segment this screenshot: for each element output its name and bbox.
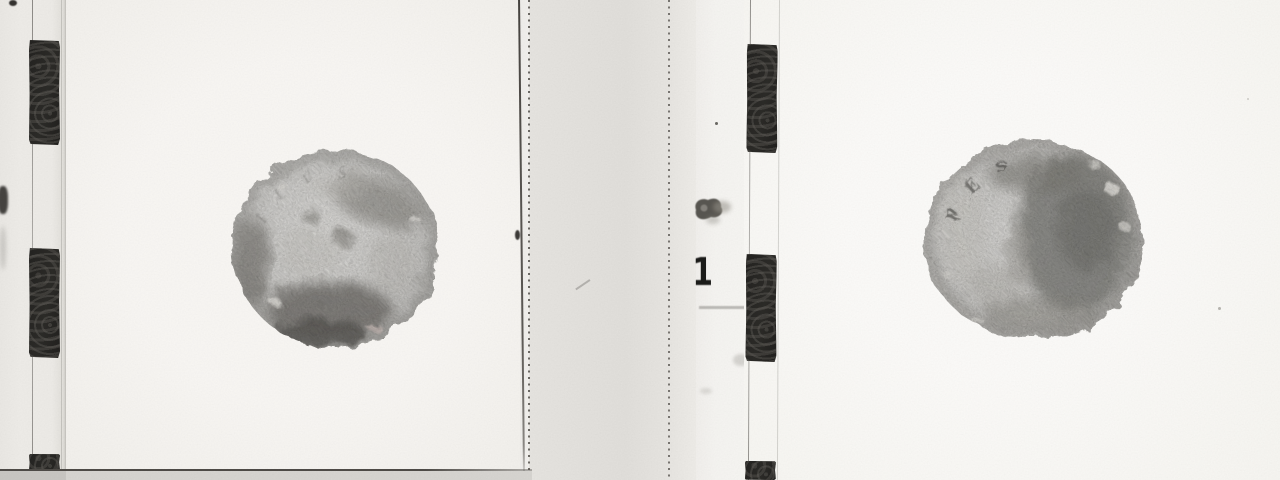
dust-speck xyxy=(1247,98,1249,100)
table-shadow-band xyxy=(0,471,532,480)
spine-fold-kink xyxy=(515,230,520,240)
left-photo-panel xyxy=(66,0,520,480)
pen-stroke xyxy=(699,306,747,309)
dust-speck xyxy=(715,122,718,125)
photo-plate: IIVS 1 xyxy=(0,0,1280,480)
scale-block xyxy=(746,44,777,153)
table-shadow-band-dark xyxy=(0,471,66,480)
scale-block xyxy=(745,254,776,362)
scale-block xyxy=(745,461,776,480)
smudge-mark xyxy=(689,194,733,232)
edge-smudge xyxy=(9,0,17,6)
spine-right-margin xyxy=(696,0,744,480)
scale-block xyxy=(29,40,60,145)
dust-speck xyxy=(1218,307,1221,310)
scale-bar-left xyxy=(26,0,64,480)
faint-smudge xyxy=(700,388,712,394)
perforation-line-left xyxy=(528,0,530,480)
edge-smudge xyxy=(0,226,6,270)
plate-number-label: 1 xyxy=(692,252,709,294)
perforation-line-right xyxy=(668,0,670,480)
scale-block xyxy=(29,248,60,358)
right-photo-panel xyxy=(744,0,1280,480)
scale-bar-right xyxy=(742,0,782,480)
edge-smudge xyxy=(0,186,8,214)
